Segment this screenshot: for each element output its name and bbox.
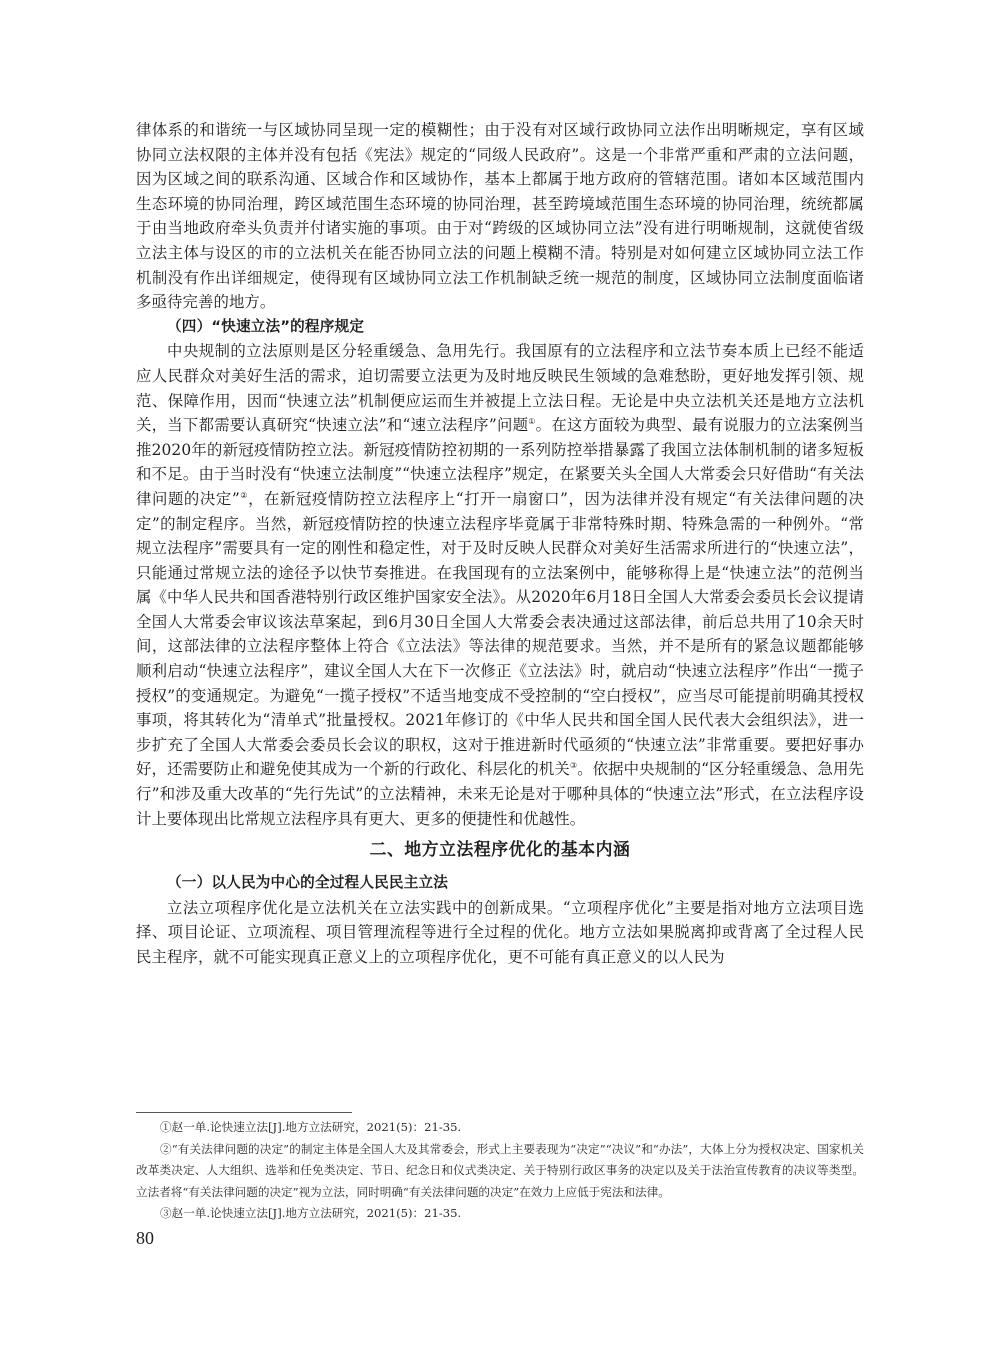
body-paragraph: 立法立项程序优化是立法机关在立法实践中的创新成果。“立项程序优化”主要是指对地方…: [136, 896, 864, 970]
footnotes: ①赵一单.论快速立法[J].地方立法研究，2021(5)：21-35. ②“有关…: [136, 1117, 864, 1225]
page-number: 80: [136, 1228, 154, 1249]
footnote-1: ①赵一单.论快速立法[J].地方立法研究，2021(5)：21-35.: [136, 1117, 864, 1139]
subsection-heading-1: （一）以人民为中心的全过程人民民主立法: [136, 871, 864, 896]
footnote-separator: [136, 1112, 352, 1113]
footnote-ref-2[interactable]: ②: [240, 491, 248, 500]
page-body: 律体系的和谐统一与区域协同呈现一定的模糊性；由于没有对区域行政协同立法作出明晰规…: [136, 118, 864, 970]
subsection-heading-4: （四）“快速立法”的程序规定: [136, 315, 864, 340]
body-paragraph: 律体系的和谐统一与区域协同呈现一定的模糊性；由于没有对区域行政协同立法作出明晰规…: [136, 118, 864, 315]
footnote-2: ②“有关法律问题的决定”的制定主体是全国人大及其常委会，形式上主要表现为“决定”…: [136, 1139, 864, 1204]
footnote-3: ③赵一单.论快速立法[J].地方立法研究，2021(5)：21-35.: [136, 1203, 864, 1225]
footnote-ref-1[interactable]: ①: [528, 417, 535, 426]
body-paragraph: 中央规制的立法原则是区分轻重缓急、急用先行。我国原有的立法程序和立法节奏本质上已…: [136, 339, 864, 831]
paragraph-text: ，在新冠疫情防控立法程序上“打开一扇窗口”，因为法律并没有规定“有关法律问题的决…: [136, 490, 864, 779]
section-heading: 二、地方立法程序优化的基本内涵: [136, 831, 864, 871]
